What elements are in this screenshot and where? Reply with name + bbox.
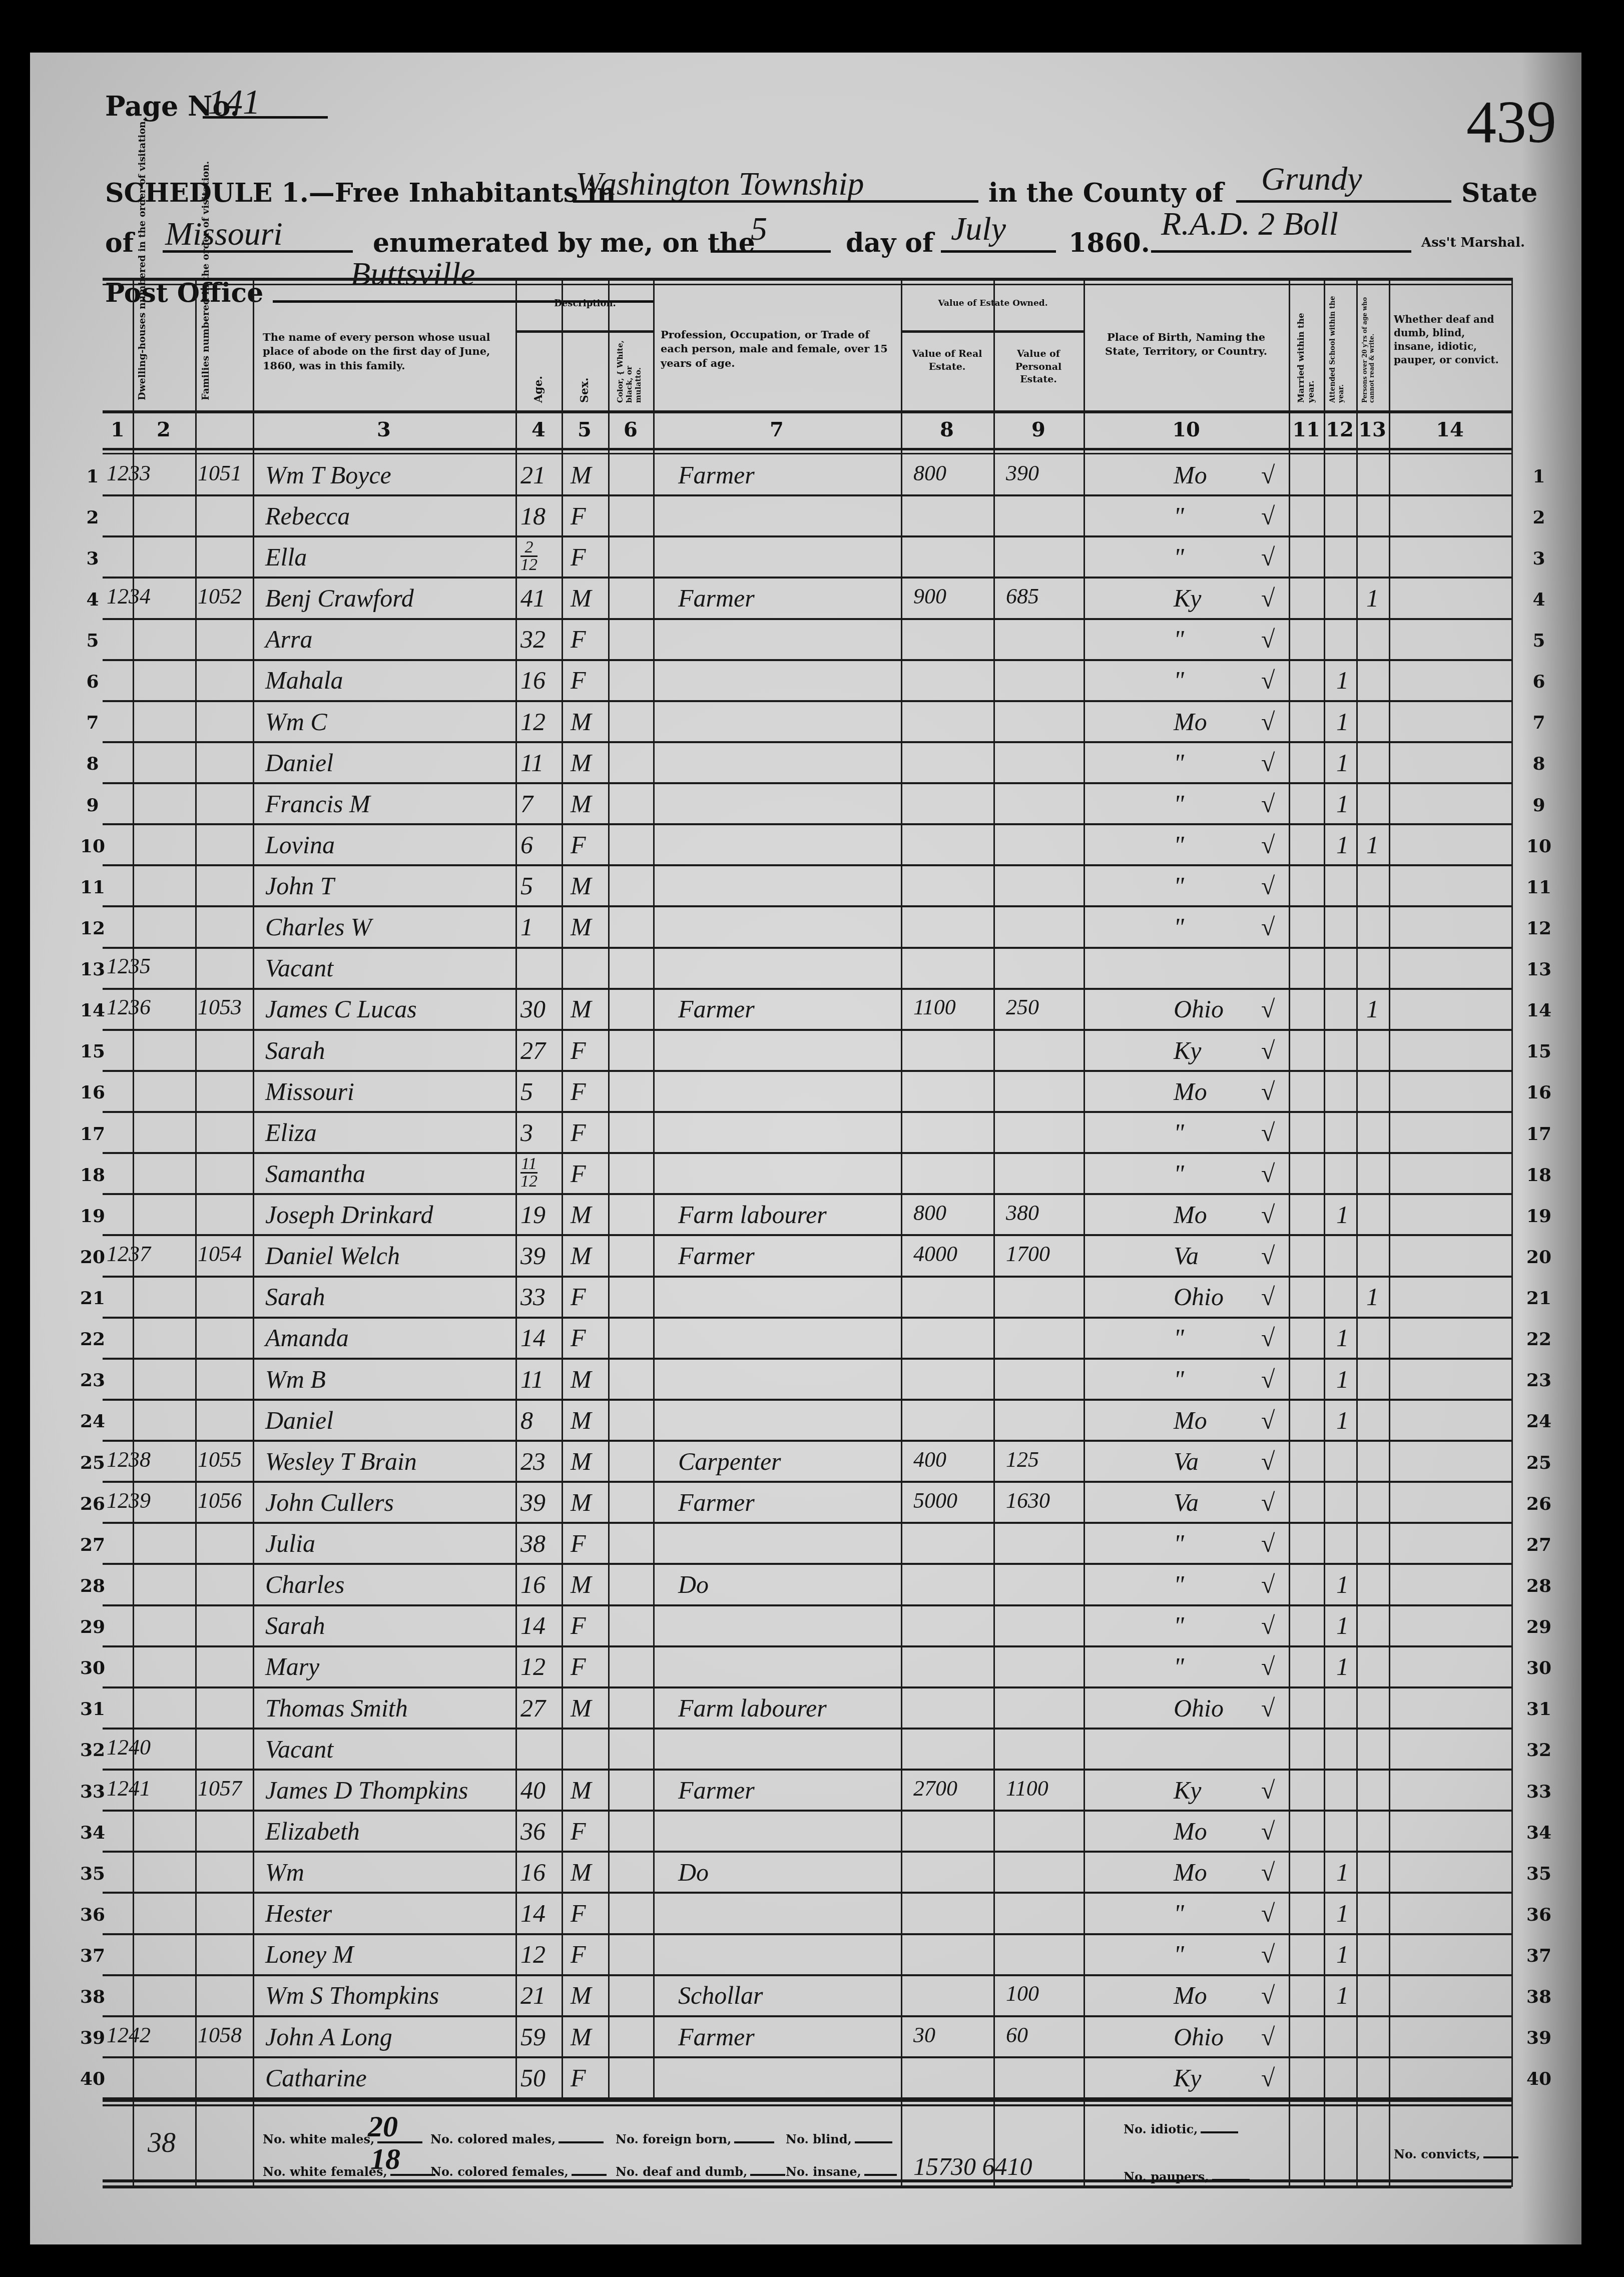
col10-header: Place of Birth, Naming the State, Territ… [1091, 330, 1281, 359]
col6-header: Color, { White, black, or mulatto. [616, 333, 643, 403]
tally-check: √ [1261, 830, 1275, 859]
occupation: Farmer [678, 1776, 755, 1805]
attended-school-mark: 1 [1336, 1365, 1349, 1394]
sex: F [571, 1323, 586, 1352]
person-name: Daniel [265, 1406, 333, 1435]
line-number-left: 22 [80, 1329, 105, 1350]
foreign-born-label: No. foreign born, [616, 2132, 774, 2146]
description-group-header: Description. [515, 298, 655, 310]
occupation: Carpenter [678, 1447, 781, 1476]
line-number-right: 19 [1526, 1206, 1551, 1227]
line-number-left: 27 [80, 1534, 105, 1555]
age: 14 [520, 1323, 546, 1352]
table-row: 88DanielM"√111 [103, 743, 1511, 784]
line-number-right: 24 [1526, 1411, 1551, 1432]
age: 1 [520, 912, 533, 941]
age-numerator: 2 [520, 539, 537, 557]
person-name: Wm T Boyce [265, 460, 391, 489]
line-number-right: 31 [1526, 1698, 1551, 1720]
table-row: 2323Wm BM"√111 [103, 1360, 1511, 1401]
tally-check: √ [1261, 1323, 1275, 1352]
age: 32 [520, 625, 546, 654]
line-number-right: 5 [1526, 630, 1551, 651]
table-row: 1818SamanthaF"√1112 [103, 1154, 1511, 1195]
family-number: 1056 [198, 1488, 242, 1513]
place-of-birth: " [1174, 871, 1184, 900]
age: 3 [520, 1118, 533, 1147]
sex: M [571, 1570, 592, 1599]
line-number-left: 40 [80, 2068, 105, 2089]
attended-school-mark: 1 [1336, 1899, 1349, 1928]
occupation: Farm labourer [678, 1200, 827, 1229]
table-row: 1112331051Wm T BoyceMFarmer800390Mo√21 [103, 455, 1511, 496]
col-border [1511, 278, 1513, 2187]
attended-school-mark: 1 [1336, 1200, 1349, 1229]
person-name: Eliza [265, 1118, 317, 1147]
attended-school-mark: 1 [1336, 1323, 1349, 1352]
tally-check: √ [1261, 994, 1275, 1023]
dwelling-number: 1237 [107, 1241, 151, 1267]
line-number-left: 16 [80, 1082, 105, 1103]
sex: F [571, 1282, 586, 1311]
tally-check: √ [1261, 1406, 1275, 1435]
enumerated-label: enumerated by me, on the [373, 228, 755, 258]
white-females-text: No. white females, [263, 2164, 387, 2179]
place-of-birth: Mo [1174, 1406, 1207, 1435]
tally-check: √ [1261, 1118, 1275, 1147]
idiotic-blank [1201, 2131, 1238, 2133]
tally-check: √ [1261, 912, 1275, 941]
table-row: 1919Joseph DrinkardMFarm labourer800380M… [103, 1195, 1511, 1236]
month-value: July [951, 210, 1006, 248]
place-of-birth: " [1174, 1652, 1184, 1681]
person-name: Hester [265, 1899, 332, 1928]
state-value: Missouri [165, 215, 283, 253]
colored-males-text: No. colored males, [430, 2132, 556, 2146]
line-number-right: 20 [1526, 1247, 1551, 1268]
table-row: 3030MaryF"√112 [103, 1647, 1511, 1688]
person-name: Mahala [265, 666, 343, 695]
line-number-left: 14 [80, 1000, 105, 1021]
person-name: Joseph Drinkard [265, 1200, 433, 1229]
occupation: Farmer [678, 460, 755, 489]
table-row: 4040CatharineFKy√50 [103, 2058, 1511, 2099]
attended-school-mark: 1 [1336, 707, 1349, 736]
line-number-left: 18 [80, 1165, 105, 1186]
line-number-right: 28 [1526, 1575, 1551, 1596]
attended-school-mark: 1 [1336, 830, 1349, 859]
age: 18 [520, 501, 546, 530]
column-number: 6 [611, 418, 651, 441]
line-number-left: 10 [80, 836, 105, 857]
colored-females-label: No. colored females, [430, 2164, 607, 2179]
colored-males-label: No. colored males, [430, 2132, 604, 2146]
col7-header: Profession, Occupation, or Trade of each… [661, 328, 896, 370]
sex: M [571, 1858, 592, 1887]
age: 27 [520, 1036, 546, 1065]
deaf-dumb-blank [750, 2174, 785, 2176]
column-number: 7 [757, 418, 797, 441]
age-denominator: 12 [520, 1174, 537, 1190]
colored-females-text: No. colored females, [430, 2164, 569, 2179]
person-name: James D Thompkins [265, 1776, 468, 1805]
line-number-left: 5 [80, 630, 105, 651]
person-name: Lovina [265, 830, 335, 859]
person-name: James C Lucas [265, 994, 417, 1023]
person-name: Wesley T Brain [265, 1447, 417, 1476]
insane-blank [864, 2174, 897, 2176]
personal-estate-value: 685 [1006, 584, 1039, 609]
place-of-birth: " [1174, 830, 1184, 859]
paupers-blank [1212, 2179, 1250, 2181]
age: 16 [520, 1570, 546, 1599]
sex: M [571, 584, 592, 613]
tally-check: √ [1261, 460, 1275, 489]
line-number-left: 4 [80, 589, 105, 610]
person-name: Vacant [265, 953, 333, 982]
table-row: 1717ElizaF"√3 [103, 1113, 1511, 1154]
real-estate-value: 4000 [913, 1241, 957, 1267]
age: 59 [520, 2022, 546, 2051]
county-underline [1236, 200, 1451, 203]
person-name: Daniel [265, 748, 333, 777]
person-name: Loney M [265, 1940, 353, 1969]
place-of-birth: Ky [1174, 1776, 1202, 1805]
blind-text: No. blind, [786, 2132, 852, 2146]
person-name: Elizabeth [265, 1817, 360, 1846]
insane-label: No. insane, [786, 2164, 897, 2179]
person-name: John Cullers [265, 1488, 394, 1517]
personal-estate-value: 125 [1006, 1447, 1039, 1472]
state-label: State [1461, 178, 1537, 208]
col14-header: Whether deaf and dumb, blind, insane, id… [1394, 313, 1506, 367]
line-number-right: 26 [1526, 1493, 1551, 1514]
white-females-label: No. white females, [263, 2164, 435, 2179]
sex: F [571, 542, 586, 572]
line-number-right: 9 [1526, 795, 1551, 816]
age: 12 [520, 1940, 546, 1969]
blind-label: No. blind, [786, 2132, 892, 2146]
attended-school-mark: 1 [1336, 1652, 1349, 1681]
age: 16 [520, 666, 546, 695]
estate-totals: 15730 6410 [913, 2152, 1032, 2181]
family-number: 1057 [198, 1776, 242, 1801]
attended-school-mark: 1 [1336, 1981, 1349, 2010]
line-number-right: 34 [1526, 1822, 1551, 1843]
table-row: 2424DanielMMo√18 [103, 1401, 1511, 1442]
cannot-read-write-mark: 1 [1366, 994, 1379, 1023]
tally-check: √ [1261, 1529, 1275, 1558]
line-number-left: 34 [80, 1822, 105, 1843]
line-number-right: 36 [1526, 1904, 1551, 1925]
deaf-dumb-text: No. deaf and dumb, [616, 2164, 747, 2179]
county-value: Grundy [1261, 160, 1362, 198]
line-number-right: 30 [1526, 1657, 1551, 1678]
line-number-right: 8 [1526, 753, 1551, 774]
column-number: 10 [1166, 418, 1206, 441]
line-number-left: 35 [80, 1863, 105, 1884]
line-number-right: 23 [1526, 1370, 1551, 1391]
line-number-left: 28 [80, 1575, 105, 1596]
idiotic-label: No. idiotic, [1124, 2122, 1238, 2136]
age: 8 [520, 1406, 533, 1435]
sex: M [571, 1981, 592, 2010]
age: 5 [520, 1077, 533, 1106]
place-of-birth: " [1174, 1611, 1184, 1640]
family-number: 1053 [198, 994, 242, 1020]
county-label: in the County of [988, 178, 1224, 208]
occupation: Farm labourer [678, 1693, 827, 1723]
cannot-read-write-mark: 1 [1366, 1282, 1379, 1311]
col3-header: The name of every person whose usual pla… [263, 330, 508, 373]
col4-header: Age. [532, 376, 545, 403]
person-name: Thomas Smith [265, 1693, 408, 1723]
attended-school-mark: 1 [1336, 666, 1349, 695]
column-number: 2 [144, 418, 184, 441]
tally-check: √ [1261, 1077, 1275, 1106]
marshal-underline [1151, 250, 1411, 253]
place-of-birth: " [1174, 748, 1184, 777]
colnum-bottom-rule-2 [103, 453, 1511, 454]
dwelling-number: 1238 [107, 1447, 151, 1472]
sex: M [571, 1447, 592, 1476]
person-name: Catharine [265, 2063, 367, 2092]
tally-check: √ [1261, 1652, 1275, 1681]
sex: M [571, 1406, 592, 1435]
person-name: Sarah [265, 1282, 325, 1311]
col5-header: Sex. [578, 377, 591, 403]
line-number-left: 7 [80, 712, 105, 733]
line-number-left: 32 [80, 1740, 105, 1761]
line-number-right: 38 [1526, 1986, 1551, 2007]
place-of-birth: Mo [1174, 1858, 1207, 1887]
col8-header: Value of Real Estate. [906, 348, 988, 373]
sex: F [571, 1077, 586, 1106]
tally-check: √ [1261, 789, 1275, 818]
place-of-birth: " [1174, 625, 1184, 654]
table-row: 1212Charles WM"√1 [103, 907, 1511, 948]
line-number-left: 25 [80, 1452, 105, 1473]
sex: M [571, 1365, 592, 1394]
person-name: Ella [265, 542, 307, 572]
line-number-left: 38 [80, 1986, 105, 2007]
line-number-left: 13 [80, 959, 105, 980]
line-number-right: 6 [1526, 671, 1551, 692]
header-bottom-rule [103, 410, 1511, 413]
line-number-right: 4 [1526, 589, 1551, 610]
blind-blank [855, 2141, 892, 2143]
sex: F [571, 1899, 586, 1928]
personal-estate-value: 1100 [1006, 1776, 1048, 1801]
person-name: Daniel Welch [265, 1241, 400, 1270]
white-males-text: No. white males, [263, 2132, 374, 2146]
line-number-left: 15 [80, 1041, 105, 1062]
line-number-left: 20 [80, 1247, 105, 1268]
place-of-birth: Va [1174, 1447, 1199, 1476]
table-row: 3838Wm S ThompkinsMSchollar100Mo√121 [103, 1976, 1511, 2017]
line-number-right: 18 [1526, 1165, 1551, 1186]
age-numerator: 11 [520, 1156, 537, 1174]
tally-check: √ [1261, 1365, 1275, 1394]
real-estate-value: 800 [913, 460, 946, 486]
place-of-birth: " [1174, 912, 1184, 941]
tally-check: √ [1261, 1159, 1275, 1188]
sex: M [571, 748, 592, 777]
tally-check: √ [1261, 666, 1275, 695]
age: 39 [520, 1488, 546, 1517]
tally-check: √ [1261, 1693, 1275, 1723]
line-number-right: 21 [1526, 1288, 1551, 1309]
place-of-birth: Va [1174, 1488, 1199, 1517]
place-of-birth: Mo [1174, 707, 1207, 736]
tally-check: √ [1261, 625, 1275, 654]
sex: M [571, 994, 592, 1023]
line-number-right: 12 [1526, 918, 1551, 939]
tally-check: √ [1261, 1899, 1275, 1928]
paupers-text: No. paupers, [1124, 2169, 1209, 2184]
colnum-bottom-rule [103, 448, 1511, 450]
tally-check: √ [1261, 748, 1275, 777]
attended-school-mark: 1 [1336, 1406, 1349, 1435]
tally-check: √ [1261, 1981, 1275, 2010]
table-row: 202012371054Daniel WelchMFarmer40001700V… [103, 1236, 1511, 1277]
sex: M [571, 871, 592, 900]
attended-school-mark: 1 [1336, 789, 1349, 818]
line-number-right: 37 [1526, 1945, 1551, 1966]
table-row: 393912421058John A LongMFarmer3060Ohio√5… [103, 2017, 1511, 2058]
attended-school-mark: 1 [1336, 1611, 1349, 1640]
place-of-birth: " [1174, 1529, 1184, 1558]
line-number-left: 24 [80, 1411, 105, 1432]
sex: F [571, 666, 586, 695]
person-name: Julia [265, 1529, 315, 1558]
family-number: 1054 [198, 1241, 242, 1267]
line-number-right: 1 [1526, 466, 1551, 487]
occupation: Do [678, 1858, 709, 1887]
place-of-birth: Mo [1174, 1200, 1207, 1229]
age: 16 [520, 1858, 546, 1887]
table-row: 2929SarahF"√114 [103, 1606, 1511, 1647]
line-number-left: 21 [80, 1288, 105, 1309]
age: 41 [520, 584, 546, 613]
table-row: 3535WmMDoMo√116 [103, 1853, 1511, 1894]
line-number-left: 2 [80, 507, 105, 528]
sex: M [571, 1241, 592, 1270]
tally-check: √ [1261, 871, 1275, 900]
person-name: Sarah [265, 1036, 325, 1065]
occupation: Farmer [678, 584, 755, 613]
sex: F [571, 1940, 586, 1969]
age: 12 [520, 707, 546, 736]
family-number: 1058 [198, 2022, 242, 2048]
place-of-birth: Mo [1174, 1981, 1207, 2010]
line-number-right: 32 [1526, 1740, 1551, 1761]
place-of-birth: " [1174, 1940, 1184, 1969]
line-number-right: 35 [1526, 1863, 1551, 1884]
line-number-right: 15 [1526, 1041, 1551, 1062]
line-number-left: 31 [80, 1698, 105, 1720]
side-total: 38 [148, 2127, 176, 2159]
sex: F [571, 2063, 586, 2092]
rows-bottom-rule-2 [103, 2104, 1511, 2106]
line-number-left: 29 [80, 1616, 105, 1637]
estate-group-header: Value of Estate Owned. [901, 298, 1085, 309]
table-row: 3131Thomas SmithMFarm labourerOhio√27 [103, 1688, 1511, 1730]
column-number: 3 [364, 418, 404, 441]
age: 11 [520, 748, 544, 777]
column-number: 5 [565, 418, 605, 441]
cannot-read-write-mark: 1 [1366, 830, 1379, 859]
occupation: Farmer [678, 994, 755, 1023]
place-of-birth: Ohio [1174, 1282, 1224, 1311]
age: 30 [520, 994, 546, 1023]
col11-header: Married within the year. [1296, 293, 1317, 403]
dwelling-number: 1233 [107, 460, 151, 486]
column-number: 8 [927, 418, 967, 441]
age: 11 [520, 1365, 544, 1394]
table-bottom-rule [103, 2179, 1511, 2182]
family-number: 1055 [198, 1447, 242, 1472]
place-of-birth: Ohio [1174, 994, 1224, 1023]
line-number-right: 17 [1526, 1123, 1551, 1145]
table-row: 333312411057James D ThompkinsMFarmer2700… [103, 1771, 1511, 1812]
sex: F [571, 1611, 586, 1640]
table-row: 99Francis MM"√17 [103, 784, 1511, 825]
line-number-right: 11 [1526, 877, 1551, 898]
place-of-birth: " [1174, 666, 1184, 695]
personal-estate-value: 60 [1006, 2022, 1028, 2048]
sex: F [571, 830, 586, 859]
line-number-right: 22 [1526, 1329, 1551, 1350]
township-underline [573, 200, 978, 203]
marshal-signature: R.A.D. 2 Boll [1161, 205, 1338, 243]
tally-check: √ [1261, 2022, 1275, 2051]
column-number: 1 [98, 418, 138, 441]
occupation: Schollar [678, 1981, 763, 2010]
col9-header: Value of Personal Estate. [998, 348, 1078, 386]
sex: F [571, 501, 586, 530]
dwelling-number: 1239 [107, 1488, 151, 1513]
age: 12 [520, 1652, 546, 1681]
person-name: Wm C [265, 707, 327, 736]
sex: F [571, 1036, 586, 1065]
sex: F [571, 1817, 586, 1846]
real-estate-value: 800 [913, 1200, 946, 1226]
place-of-birth: Mo [1174, 1817, 1207, 1846]
paupers-label: No. paupers, [1124, 2169, 1250, 2184]
person-name: Wm B [265, 1365, 326, 1394]
person-name: Charles [265, 1570, 344, 1599]
person-name: Sarah [265, 1611, 325, 1640]
person-name: Wm [265, 1858, 304, 1887]
table-row: 22RebeccaF"√18 [103, 496, 1511, 537]
personal-estate-value: 390 [1006, 460, 1039, 486]
sex: M [571, 1200, 592, 1229]
stamped-page-number: 439 [1466, 88, 1556, 157]
column-number: 14 [1430, 418, 1470, 441]
column-number: 9 [1018, 418, 1058, 441]
place-of-birth: Ohio [1174, 2022, 1224, 2051]
attended-school-mark: 1 [1336, 1858, 1349, 1887]
line-number-right: 33 [1526, 1781, 1551, 1802]
col2-header: Families numbered in the order of visita… [200, 300, 212, 400]
place-of-birth: " [1174, 1899, 1184, 1928]
line-number-left: 9 [80, 795, 105, 816]
table-row: 3636HesterF"√114 [103, 1894, 1511, 1935]
line-number-right: 3 [1526, 548, 1551, 569]
person-name: Mary [265, 1652, 319, 1681]
line-number-left: 19 [80, 1206, 105, 1227]
